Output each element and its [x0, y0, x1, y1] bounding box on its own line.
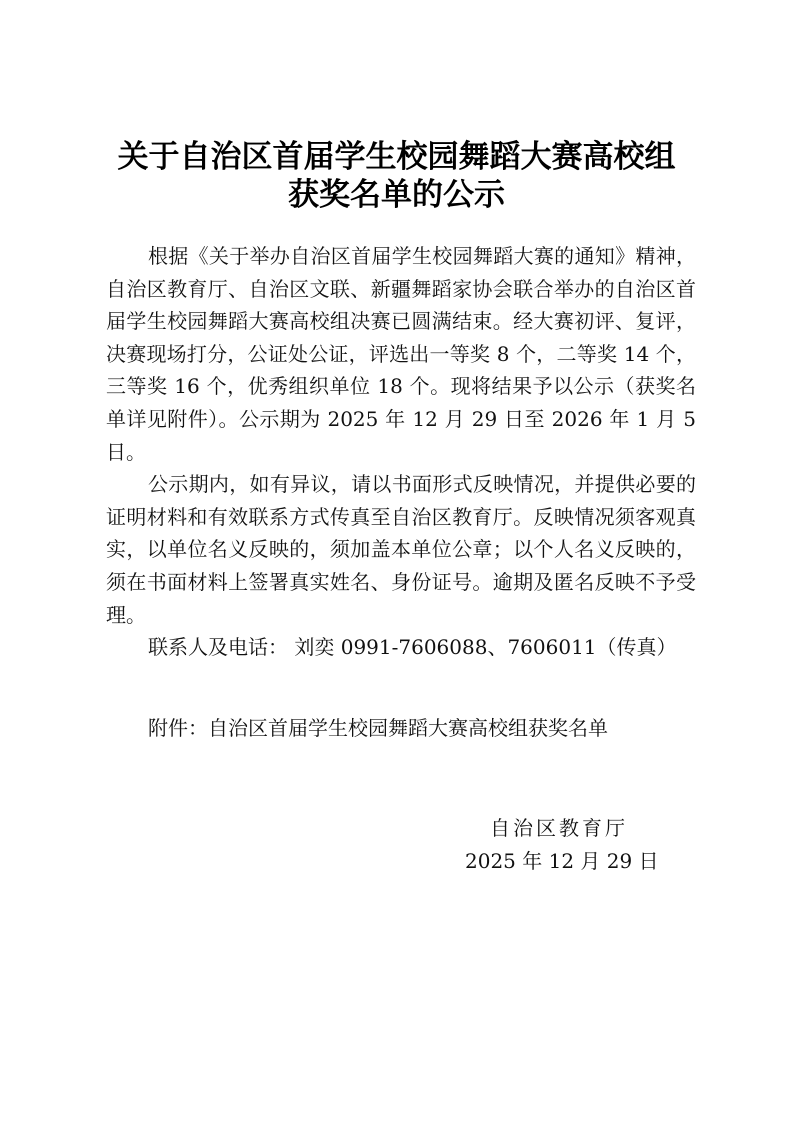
document-title: 关于自治区首届学生校园舞蹈大赛高校组 获奖名单的公示 [0, 138, 793, 214]
title-line-1: 关于自治区首届学生校园舞蹈大赛高校组 [0, 138, 793, 176]
title-line-2: 获奖名单的公示 [0, 176, 793, 214]
attachment-note: 附件：自治区首届学生校园舞蹈大赛高校组获奖名单 [148, 712, 608, 744]
paragraph-announcement: 根据《关于举办自治区首届学生校园舞蹈大赛的通知》精神，自治区教育厅、自治区文联、… [106, 240, 696, 468]
signature-date: 2025 年 12 月 29 日 [465, 845, 659, 877]
signature-organization: 自治区教育厅 [490, 812, 628, 844]
contact-info: 联系人及电话： 刘奕 0991-7606088、7606011（传真） [106, 631, 696, 664]
document-page: 关于自治区首届学生校园舞蹈大赛高校组 获奖名单的公示 根据《关于举办自治区首届学… [0, 0, 793, 1122]
paragraph-objection: 公示期内，如有异议，请以书面形式反映情况，并提供必要的证明材料和有效联系方式传真… [106, 468, 696, 631]
document-body: 根据《关于举办自治区首届学生校园舞蹈大赛的通知》精神，自治区教育厅、自治区文联、… [106, 240, 696, 664]
